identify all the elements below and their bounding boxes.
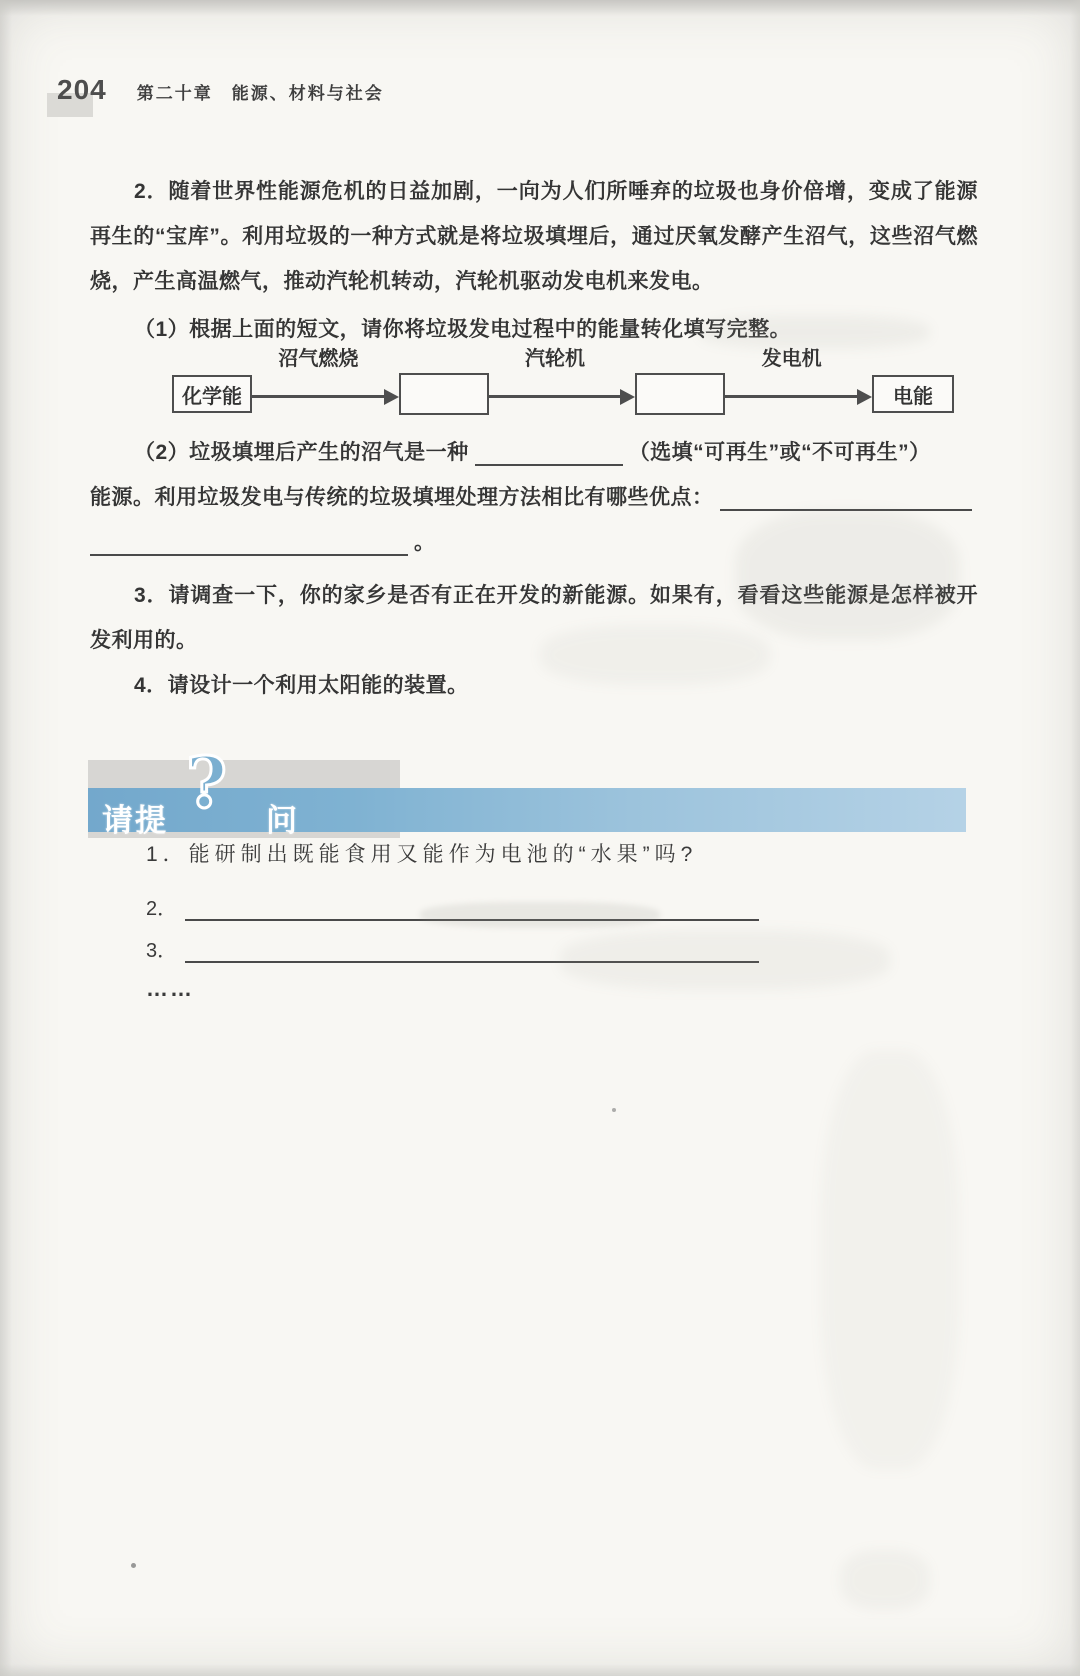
page-edge-shadow-bottom [0,1664,1080,1676]
arrow-line [489,395,626,398]
flow-node-label: 电能 [893,380,933,409]
page-edge-shadow-right [1070,0,1080,1676]
part2-line-1: （2）垃圾填埋后产生的沼气是一种 （选填“可再生”或“不可再生”） [90,428,978,473]
part2-text-post: （选填“可再生”或“不可再生”） [629,433,931,473]
question-mark-icon: ? [186,748,227,818]
scan-artifact [700,315,930,349]
scan-artifact [820,1050,960,1470]
scan-artifact [840,1550,930,1610]
flow-arrow-biogas-burning: 沼气燃烧 [252,342,399,416]
exercise-4-paragraph: 4．请设计一个利用太阳能的装置。 [90,663,978,708]
flow-node-blank-2 [635,373,725,415]
banner-title-right: 问 [266,795,299,840]
page-header: 204 第二十章 能源、材料与社会 [57,74,384,106]
scan-artifact [540,625,770,685]
arrow-label-biogas-burning: 沼气燃烧 [252,342,385,371]
answer-blank [475,436,623,466]
textbook-page: 204 第二十章 能源、材料与社会 2．随着世界性能源危机的日益加剧，一向为人们… [0,0,1080,1676]
flow-node-electric-energy: 电能 [872,375,954,413]
flow-arrow-generator: 发电机 [725,342,872,416]
ask-questions-banner: 请提 ? 问 [88,756,966,844]
arrow-head-icon [384,389,399,405]
arrow-line [252,395,389,398]
scan-artifact [560,930,890,990]
part2-text-pre: （2）垃圾填埋后产生的沼气是一种 [134,433,469,473]
scan-artifact [735,510,960,640]
page-number: 204 [57,74,107,106]
scan-artifact [420,902,660,928]
page-edge-shadow-top [0,0,1080,16]
question-1: 1．能研制出既能食用又能作为电池的“水果”吗? [146,838,786,884]
question-2-number: 2． [146,892,177,926]
answer-blank [720,481,973,511]
flow-node-blank-1 [399,373,489,415]
answer-blank [90,526,408,556]
arrow-label-steam-turbine: 汽轮机 [489,342,622,371]
scan-artifact [612,1108,616,1112]
scan-artifact [131,1563,136,1568]
flow-node-label: 化学能 [182,380,242,409]
arrow-line [725,395,862,398]
exercise-2-paragraph: 2．随着世界性能源危机的日益加剧，一向为人们所唾弃的垃圾也身价倍增，变成了能源再… [90,169,978,304]
part2-text-line2: 能源。利用垃圾发电与传统的垃圾填埋处理方法相比有哪些优点： [90,478,714,518]
arrow-head-icon [620,389,635,405]
page-edge-shadow-left [0,0,12,1676]
flow-arrow-steam-turbine: 汽轮机 [489,342,636,416]
question-3-number: 3． [146,934,177,968]
chapter-title: 第二十章 能源、材料与社会 [137,79,384,104]
banner-title-left: 请提 [102,795,168,840]
part2-text-end: 。 [414,523,436,563]
arrow-head-icon [857,389,872,405]
flow-node-chemical-energy: 化学能 [172,375,252,413]
